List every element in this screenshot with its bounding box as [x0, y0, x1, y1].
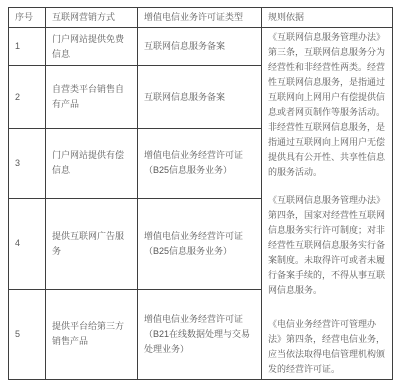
- header-marketing-method: 互联网营销方式: [46, 8, 138, 28]
- rule-basis-paragraph-2: 《互联网信息服务管理办法》第四条，国家对经营性互联网信息服务实行许可制度；对非经…: [268, 193, 386, 298]
- row2-marketing-method: 自营类平台销售自有产品: [46, 66, 138, 129]
- row2-license-type: 互联网信息服务备案: [138, 66, 262, 129]
- row1-no: 1: [9, 28, 46, 66]
- row3-license-type: 增值电信业务经营许可证（B25信息服务业务）: [138, 129, 262, 199]
- row4-no: 4: [9, 198, 46, 289]
- row4-license-type: 增值电信业务经营许可证（B25信息服务业务）: [138, 198, 262, 289]
- row4-marketing-method: 提供互联网广告服务: [46, 198, 138, 289]
- row5-license-type: 增值电信业务经营许可证（B21在线数据处理与交易处理业务）: [138, 289, 262, 379]
- license-table: 序号 互联网营销方式 增值电信业务许可证类型 规则依据 1 门户网站提供免费信息…: [8, 7, 393, 380]
- table-header-row: 序号 互联网营销方式 增值电信业务许可证类型 规则依据: [9, 8, 393, 28]
- header-rule-basis: 规则依据: [262, 8, 393, 28]
- header-no: 序号: [9, 8, 46, 28]
- table-row: 1 门户网站提供免费信息 互联网信息服务备案 《互联网信息服务管理办法》第三条，…: [9, 28, 393, 66]
- row1-marketing-method: 门户网站提供免费信息: [46, 28, 138, 66]
- document-page: 序号 互联网营销方式 增值电信业务许可证类型 规则依据 1 门户网站提供免费信息…: [0, 0, 400, 349]
- row3-no: 3: [9, 129, 46, 199]
- row3-marketing-method: 门户网站提供有偿信息: [46, 129, 138, 199]
- row5-no: 5: [9, 289, 46, 379]
- rule-basis-paragraph-1: 《互联网信息服务管理办法》第三条，互联网信息服务分为经营性和非经营性两类。经营性…: [268, 30, 386, 180]
- row5-marketing-method: 提供平台给第三方销售产品: [46, 289, 138, 379]
- rule-basis-cell: 《互联网信息服务管理办法》第三条，互联网信息服务分为经营性和非经营性两类。经营性…: [262, 28, 393, 380]
- row2-no: 2: [9, 66, 46, 129]
- rule-basis-paragraph-3: 《电信业务经营许可管理办法》第四条，经营电信业务，应当依法取得电信管理机构颁发的…: [268, 317, 386, 377]
- header-license-type: 增值电信业务许可证类型: [138, 8, 262, 28]
- row1-license-type: 互联网信息服务备案: [138, 28, 262, 66]
